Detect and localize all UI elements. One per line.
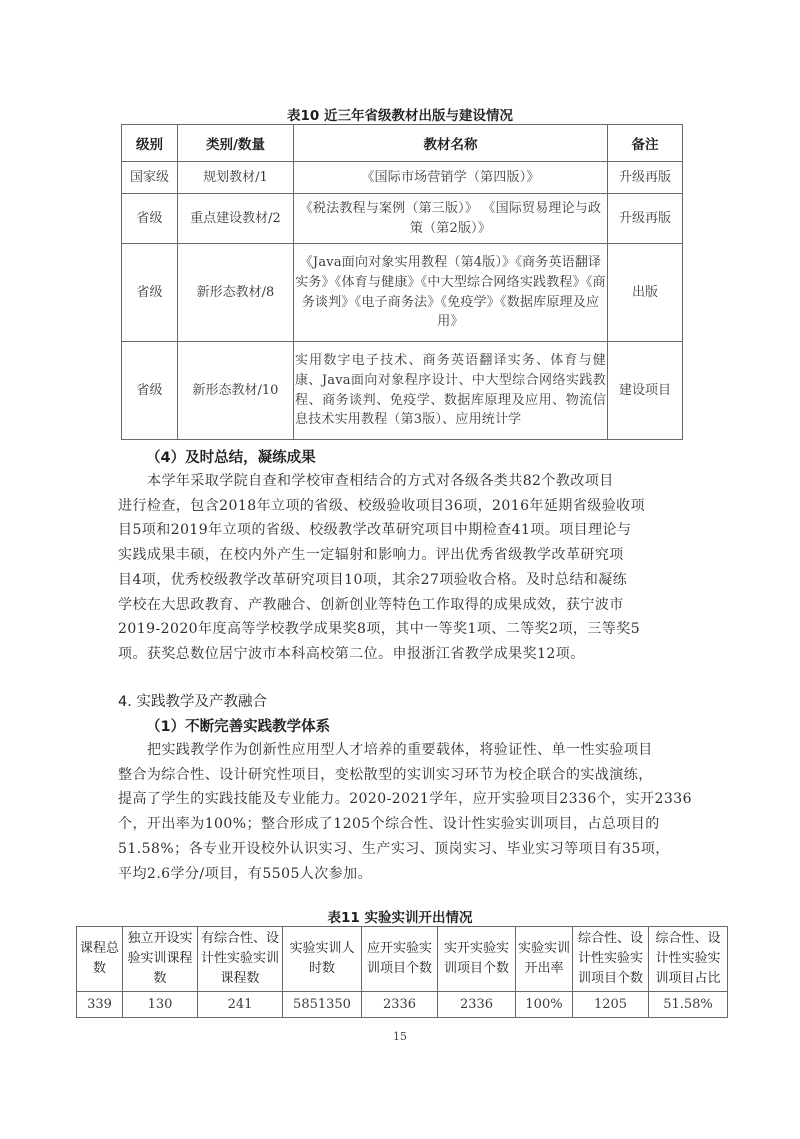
paragraph-line: 整合为综合性、设计研究性项目，变松散型的实训实习环节为校企联合的实战演练， [118,763,684,788]
table10-caption: 表10 近三年省级教材出版与建设情况 [0,104,800,124]
header-total-courses: 课程总数 [77,927,123,992]
cell-comprehensive-ratio: 51.58% [649,992,728,1018]
cell-category: 规划教材/1 [178,162,294,194]
cell-note: 建设项目 [608,342,683,440]
cell-level: 省级 [122,244,178,342]
cell-category: 新形态教材/10 [178,342,294,440]
paragraph-line: 目5项和2019年立项的省级、校级教学改革研究项目中期检查41项。项目理论与 [118,518,684,543]
table10-header-row: 级别 类别/数量 教材名称 备注 [122,125,683,162]
header-person-hours: 实验实训人时数 [283,927,362,992]
header-comprehensive-ratio: 综合性、设计性实验实训项目占比 [649,927,728,992]
cell-names: 《Java面向对象实用教程（第4版）》《商务英语翻译实务》《体育与健康》《中大型… [294,244,608,342]
paragraph-line: 个，开出率为100%；整合形成了1205个综合性、设计性实验实训项目，占总项目的 [118,812,684,837]
cell-level: 省级 [122,194,178,244]
paragraph-practice-teaching: 把实践教学作为创新性应用型人才培养的重要载体，将验证性、单一性实验项目 整合为综… [118,738,684,886]
cell-independent-courses: 130 [123,992,198,1018]
cell-category: 新形态教材/8 [178,244,294,342]
cell-names: 实用数字电子技术、商务英语翻译实务、体育与健康、Java面向对象程序设计、中大型… [294,342,608,440]
table-row: 省级 新形态教材/8 《Java面向对象实用教程（第4版）》《商务英语翻译实务》… [122,244,683,342]
table11-header-row: 课程总数 独立开设实验实训课程数 有综合性、设计性实验实训课程数 实验实训人时数… [77,927,728,992]
paragraph-line: 51.58%；各专业开设校外认识实习、生产实习、顶岗实习、毕业实习等项目有35项… [118,837,684,862]
cell-actual-projects: 2336 [438,992,516,1018]
paragraph-line: 实践成果丰硕，在校内外产生一定辐射和影响力。评出优秀省级教学改革研究项 [118,543,684,568]
table-row: 省级 重点建设教材/2 《税法教程与案例（第三版）》 《国际贸易理论与政策（第2… [122,194,683,244]
paragraph-line: 学校在大思政教育、产教融合、创新创业等特色工作取得的成果成效，获宁波市 [118,593,684,618]
cell-names: 《税法教程与案例（第三版）》 《国际贸易理论与政策（第2版）》 [294,194,608,244]
cell-total-courses: 339 [77,992,123,1018]
paragraph-teaching-reform: 本学年采取学院自查和学校审查相结合的方式对各级各类共82个教改项目 进行检查，包… [118,469,684,667]
section-heading-summarize: （4）及时总结，凝练成果 [146,446,316,467]
cell-category: 重点建设教材/2 [178,194,294,244]
header-textbook-name: 教材名称 [294,125,608,162]
table-row: 339 130 241 5851350 2336 2336 100% 1205 … [77,992,728,1018]
header-planned-projects: 应开实验实训项目个数 [362,927,438,992]
cell-opening-rate: 100% [516,992,573,1018]
section-heading-practice: 4. 实践教学及产教融合 [118,690,267,711]
paragraph-line: 进行检查，包含2018年立项的省级、校级验收项目36项，2016年延期省级验收项 [118,494,684,519]
cell-comprehensive-projects: 1205 [573,992,649,1018]
cell-level: 省级 [122,342,178,440]
paragraph-line: 2019-2020年度高等学校教学成果奖8项，其中一等奖1项、二等奖2项，三等奖… [118,617,684,642]
header-category: 类别/数量 [178,125,294,162]
header-independent-courses: 独立开设实验实训课程数 [123,927,198,992]
table-row: 国家级 规划教材/1 《国际市场营销学（第四版）》 升级再版 [122,162,683,194]
subsection-heading-practice-system: （1）不断完善实践教学体系 [146,715,330,736]
paragraph-line: 提高了学生的实践技能及专业能力。2020-2021学年，应开实验项目2336个，… [118,787,684,812]
paragraph-line: 把实践教学作为创新性应用型人才培养的重要载体，将验证性、单一性实验项目 [118,738,684,763]
header-comprehensive-courses: 有综合性、设计性实验实训课程数 [198,927,283,992]
cell-person-hours: 5851350 [283,992,362,1018]
paragraph-line: 平均2.6学分/项目，有5505人次参加。 [118,862,684,887]
header-comprehensive-projects: 综合性、设计性实验实训项目个数 [573,927,649,992]
header-note: 备注 [608,125,683,162]
table11-caption: 表11 实验实训开出情况 [0,906,800,926]
table-row: 省级 新形态教材/10 实用数字电子技术、商务英语翻译实务、体育与健康、Java… [122,342,683,440]
cell-note: 出版 [608,244,683,342]
header-level: 级别 [122,125,178,162]
cell-names: 《国际市场营销学（第四版）》 [294,162,608,194]
page-number: 15 [0,1030,800,1043]
cell-note: 升级再版 [608,162,683,194]
paragraph-line: 本学年采取学院自查和学校审查相结合的方式对各级各类共82个教改项目 [118,469,684,494]
cell-note: 升级再版 [608,194,683,244]
header-actual-projects: 实开实验实训项目个数 [438,927,516,992]
paragraph-line: 项。获奖总数位居宁波市本科高校第二位。申报浙江省教学成果奖12项。 [118,642,684,667]
cell-level: 国家级 [122,162,178,194]
header-opening-rate: 实验实训开出率 [516,927,573,992]
cell-comprehensive-courses: 241 [198,992,283,1018]
cell-planned-projects: 2336 [362,992,438,1018]
table11-experiment-training: 课程总数 独立开设实验实训课程数 有综合性、设计性实验实训课程数 实验实训人时数… [76,926,728,1018]
paragraph-line: 目4项，优秀校级教学改革研究项目10项，其余27项验收合格。及时总结和凝练 [118,568,684,593]
table10-textbooks: 级别 类别/数量 教材名称 备注 国家级 规划教材/1 《国际市场营销学（第四版… [121,124,683,440]
